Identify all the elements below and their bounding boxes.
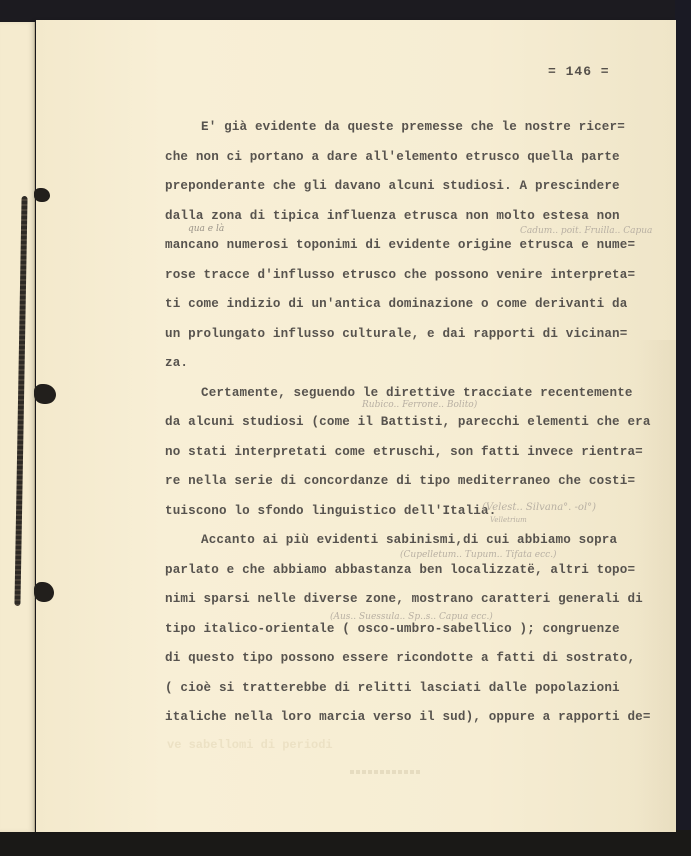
text-line: di questo tipo possono essere ricondotte… [165,644,635,674]
handwritten-note: (Cupelletum.. Tupum.. Tifata ecc.) [400,550,557,560]
show-through-text: ve sabellomi di periodi [167,738,333,752]
text-line: re nella serie di concordanze di tipo me… [165,467,635,497]
show-through-rule [350,770,420,774]
text-line: da alcuni studiosi (come il Battisti, pa… [165,408,635,438]
text-line: nimi sparsi nelle diverse zone, mostrano… [165,585,635,615]
text-line: rose tracce d'influsso etrusco che posso… [165,261,635,291]
paragraph-1: E' già evidente da queste premesse che l… [165,113,635,379]
handwritten-note: Cadum.. poit. Fruilla.. Capua [520,226,652,236]
handwritten-note: Rubico.. Ferrone.. Bolito) [362,400,477,410]
handwritten-note: (Velest.. Silvana°. -ol°) [482,502,596,513]
text-line: preponderante che gli davano alcuni stud… [165,172,635,202]
text-line: E' già evidente da queste premesse che l… [165,113,635,143]
text-line: che non ci portano a dare all'elemento e… [165,143,635,173]
text-line: ( cioè si tratterebbe di relitti lasciat… [165,674,635,704]
scan-background-top [0,0,691,20]
typewritten-body: E' già evidente da queste premesse che l… [165,113,635,733]
handwritten-note: qua e là [188,224,224,234]
text-line: un prolungato influsso culturale, e dai … [165,320,635,350]
handwritten-note: (Aus.. Suessula.. Sp..s.. Capua ecc.) [330,612,493,622]
text-line: ti come indizio di un'antica dominazione… [165,290,635,320]
binding-hole-top [34,188,50,202]
scan-background-bottom [0,830,691,856]
binding-hole-bottom [34,582,54,602]
handwritten-note: Velletrium [490,516,527,524]
text-line: italiche nella loro marcia verso il sud)… [165,703,635,733]
text-line: no stati interpretati come etruschi, son… [165,438,635,468]
page-number: = 146 = [548,64,610,79]
text-line: za. [165,349,635,379]
binding-hole-middle [34,384,56,404]
scan-background-right [675,0,691,856]
